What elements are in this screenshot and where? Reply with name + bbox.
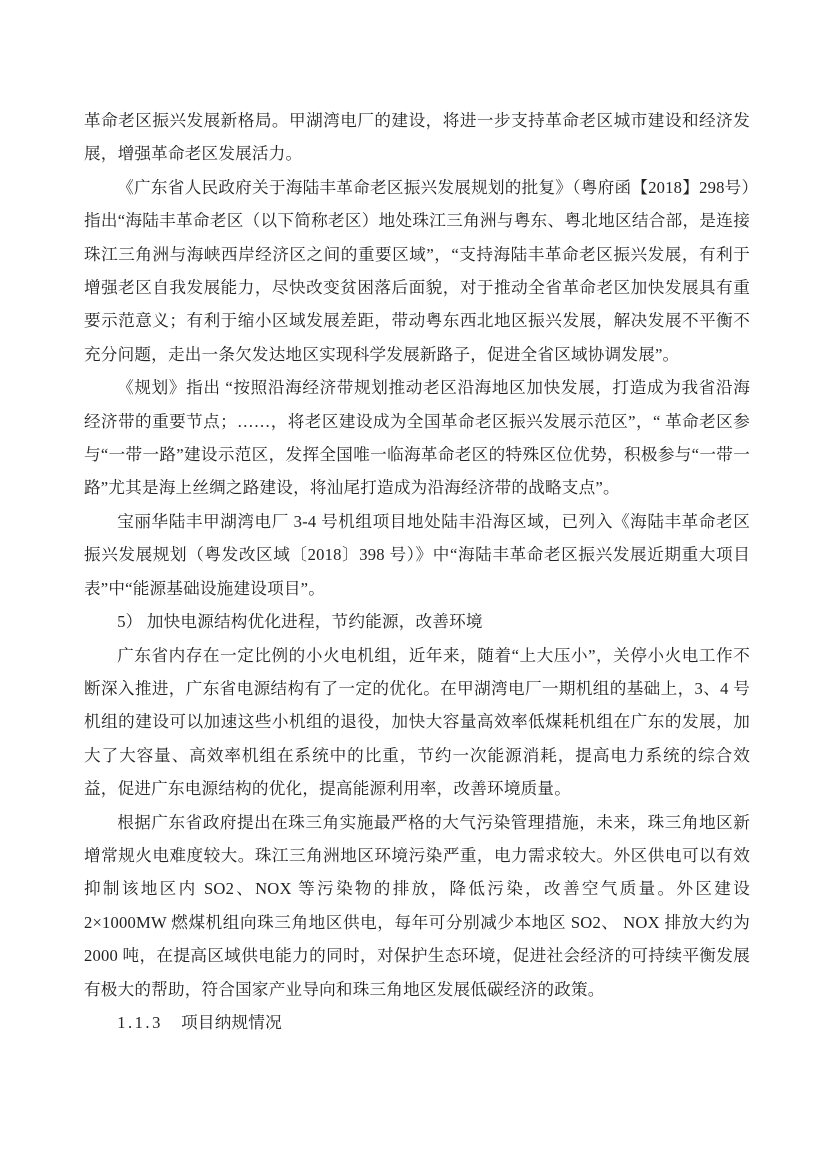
section-heading-label: 项目纳规情况 [181,1013,282,1032]
section-heading: 1.1.3项目纳规情况 [84,1006,750,1039]
paragraph-project-listing: 宝丽华陆丰甲湖湾电厂 3-4 号机组项目地处陆丰沿海区域，已列入《海陆丰革命老区… [84,505,750,605]
document-page: 革命老区振兴发展新格局。甲湖湾电厂的建设，将进一步支持革命老区城市建设和经济发展… [0,0,827,1169]
section-heading-number: 1.1.3 [117,1013,163,1032]
paragraph-small-thermal-units: 广东省内存在一定比例的小火电机组，近年来，随着“上大压小”，关停小火电工作不断深… [84,639,750,806]
paragraph-continuation: 革命老区振兴发展新格局。甲湖湾电厂的建设，将进一步支持革命老区城市建设和经济发展… [84,104,750,171]
paragraph-plan-quote: 《规划》指出 “按照沿海经济带规划推动老区沿海地区加快发展，打造成为我省沿海经济… [84,371,750,505]
paragraph-approval-reply: 《广东省人民政府关于海陆丰革命老区振兴发展规划的批复》（粤府函【2018】298… [84,171,750,371]
paragraph-pollution-control: 根据广东省政府提出在珠三角实施最严格的大气污染管理措施，未来，珠三角地区新增常规… [84,806,750,1006]
document-text-block: 革命老区振兴发展新格局。甲湖湾电厂的建设，将进一步支持革命老区城市建设和经济发展… [84,104,750,1039]
list-item-5-power-structure: 5） 加快电源结构优化进程，节约能源，改善环境 [84,605,750,638]
